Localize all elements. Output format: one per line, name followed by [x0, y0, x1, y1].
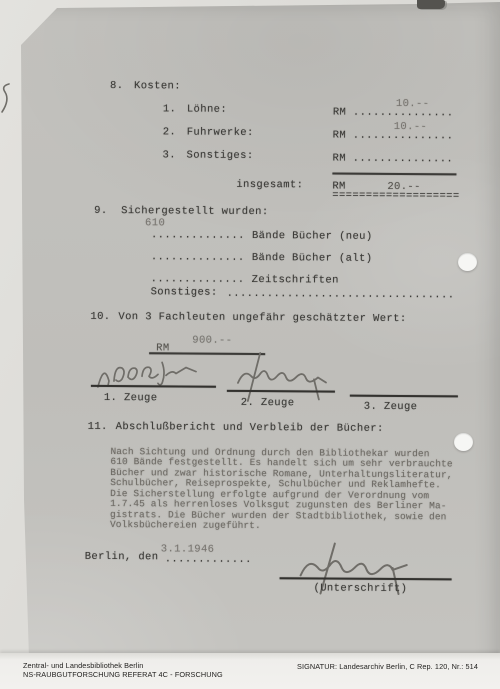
section9-number: 9. — [94, 205, 107, 217]
total-label: insgesamt: — [236, 179, 303, 191]
secured-row3-dots: .............. — [151, 273, 245, 286]
total-double-rule: =================== — [332, 190, 459, 203]
footer-signatur: SIGNATUR: Landesarchiv Berlin, C Rep. 12… — [297, 662, 478, 671]
footer-org-line2: NS-RAUBGUTFORSCHUNG REFERAT 4C - FORSCHU… — [23, 670, 223, 679]
secured-row3-label: Zeitschriften — [252, 274, 339, 287]
count-annotation: 610 — [145, 217, 165, 229]
cost-item2-value: 10.-- — [394, 121, 428, 133]
section8-number: 8. — [110, 80, 123, 92]
secured-row2-label: Bände Bücher (alt) — [252, 252, 373, 265]
dateline-value: 3.1.1946 — [161, 543, 215, 555]
section10-title: Von 3 Fachleuten ungefähr geschätzter We… — [118, 311, 406, 325]
secured-row2-dots: .............. — [151, 251, 245, 264]
cost-item2-num: 2. — [163, 126, 176, 138]
cost-item1-num: 1. — [163, 103, 176, 115]
witness2-label: 2. Zeuge — [241, 397, 295, 409]
sonstiges-label: Sonstiges: — [151, 286, 218, 298]
estimated-value: 900.-- — [192, 335, 232, 347]
witness3-label: 3. Zeuge — [364, 401, 418, 413]
scanned-page: 8. Kosten: 1. Löhne: RM ............... … — [0, 0, 500, 689]
signature-label: (Unterschrift) — [313, 582, 407, 595]
cost-item3-dots: RM ............... — [332, 153, 453, 166]
report-line-8: Volksbüchereien zugeführt. — [110, 520, 261, 531]
section11-title: Abschlußbericht und Verbleib der Bücher: — [116, 421, 384, 435]
cost-item1-dots: RM ............... — [333, 107, 454, 120]
dateline-label: Berlin, den — [85, 551, 159, 564]
cost-item3-label: Sonstiges: — [187, 150, 254, 162]
total-rule — [332, 173, 456, 175]
document-content: 8. Kosten: 1. Löhne: RM ............... … — [0, 0, 500, 689]
cost-item3-num: 3. — [163, 149, 176, 161]
secured-row1-label: Bände Bücher (neu) — [252, 230, 373, 243]
section11-number: 11. — [88, 421, 108, 433]
archive-footer-band: Zentral- und Landesbibliothek Berlin NS-… — [0, 653, 500, 689]
cost-item1-value: 10.-- — [396, 98, 430, 110]
section10-number: 10. — [90, 311, 110, 323]
secured-row1-dots: .............. — [151, 229, 245, 242]
section8-title: Kosten: — [134, 80, 181, 92]
cost-item2-label: Fuhrwerke: — [187, 127, 254, 139]
cost-item1-label: Löhne: — [187, 104, 227, 116]
section9-title: Sichergestellt wurden: — [121, 205, 269, 218]
witness1-label: 1. Zeuge — [104, 392, 158, 404]
sonstiges-dots: .................................. — [227, 288, 455, 302]
footer-org-line1: Zentral- und Landesbibliothek Berlin — [23, 661, 143, 670]
witness1-signature — [92, 355, 214, 394]
witness3-line — [350, 395, 458, 397]
